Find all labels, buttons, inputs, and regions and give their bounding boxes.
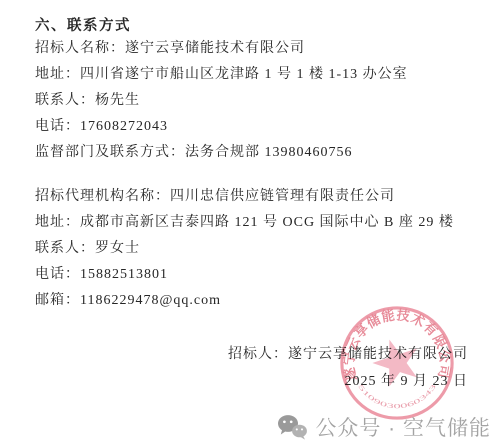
watermark-footer: 公众号 · 空气储能 [277,412,491,442]
seal-ring [342,308,452,418]
agency-address-line: 地址：成都市高新区吉泰四路 121 号 OCG 国际中心 B 座 29 楼 [35,210,486,236]
watermark-label: 公众号 · 空气储能 [315,412,491,442]
agency-contact-block: 招标代理机构名称：四川忠信供应链管理有限责任公司 地址：成都市高新区吉泰四路 1… [35,184,486,314]
tenderer-contact-block: 招标人名称：遂宁云享储能技术有限公司 地址：四川省遂宁市船山区龙津路 1 号 1… [35,36,486,166]
agency-phone-line: 电话：15882513801 [35,262,486,288]
tenderer-phone-line: 电话：17608272043 [35,114,486,140]
signature-date-line: 2025 年 9 月 23 日 [345,370,469,390]
signature-signer-line: 招标人：遂宁云享储能技术有限公司 [228,343,468,363]
agency-contact-line: 联系人：罗女士 [35,236,486,262]
tenderer-address-line: 地址：四川省遂宁市船山区龙津路 1 号 1 楼 1-13 办公室 [35,62,486,88]
section-heading: 六、联系方式 [35,14,131,35]
tender-contact-document: 六、联系方式 招标人名称：遂宁云享储能技术有限公司 地址：四川省遂宁市船山区龙津… [0,0,496,447]
company-seal-stamp: 遂宁云享储能技术有限公司 5109030060343 [336,302,458,424]
agency-name-line: 招标代理机构名称：四川忠信供应链管理有限责任公司 [35,184,486,210]
tenderer-supervision-line: 监督部门及联系方式：法务合规部 13980460756 [35,140,486,166]
tenderer-name-line: 招标人名称：遂宁云享储能技术有限公司 [35,36,486,62]
tenderer-contact-line: 联系人：杨先生 [35,88,486,114]
agency-email-line: 邮箱：1186229478@qq.com [35,288,486,314]
wechat-icon [277,414,308,440]
